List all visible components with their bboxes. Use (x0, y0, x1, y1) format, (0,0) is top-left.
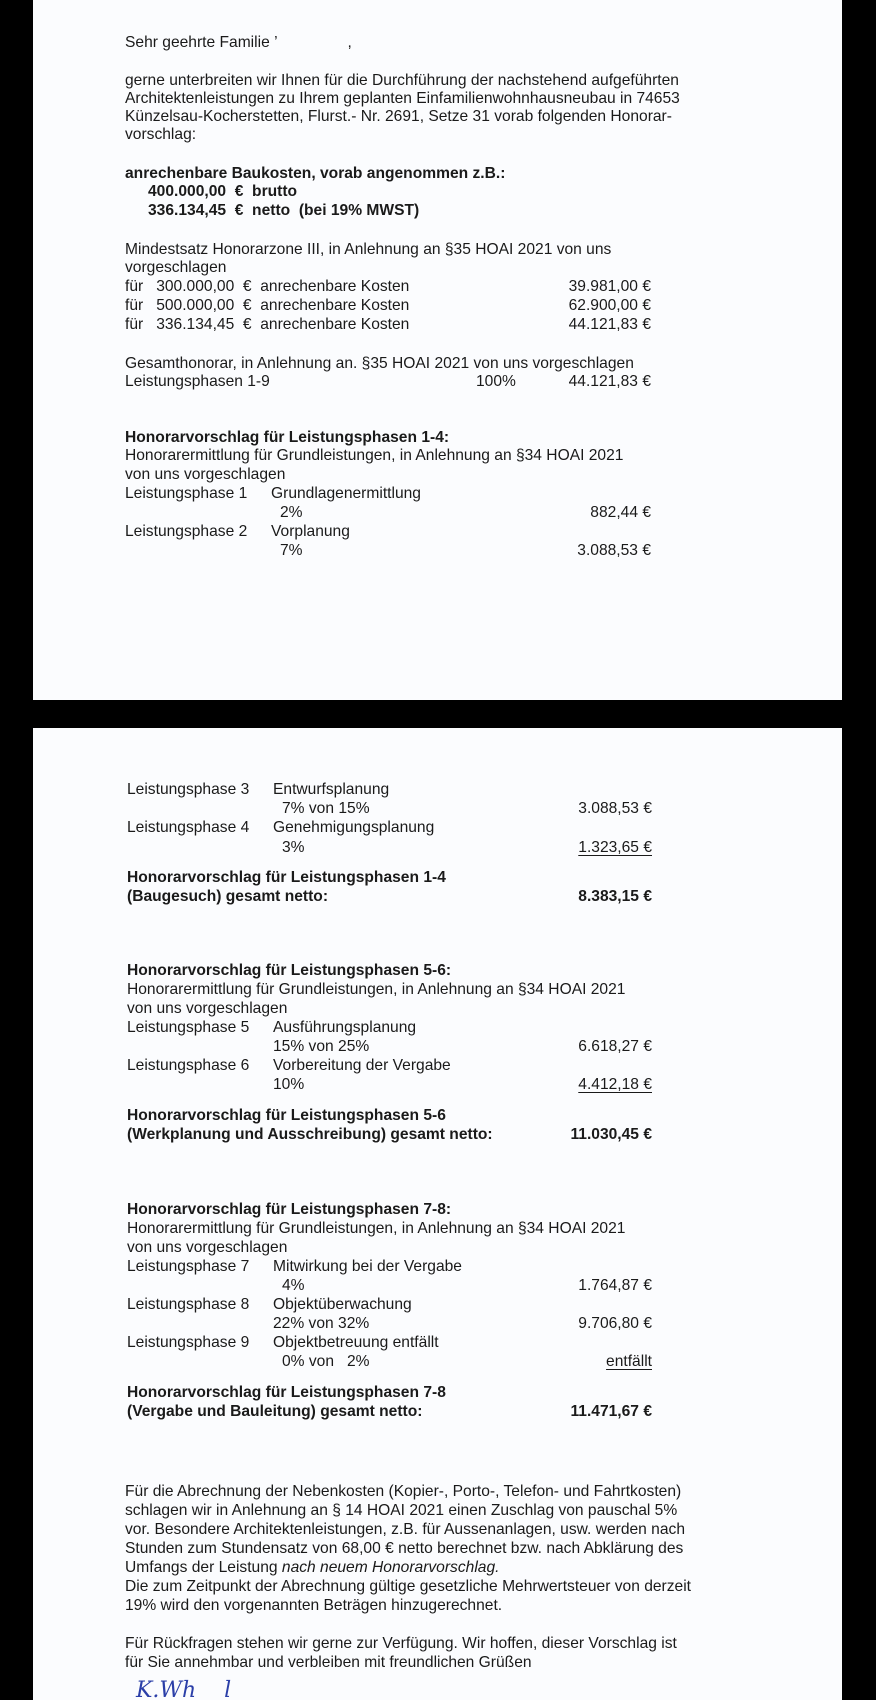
handwritten-signature: K.Wh l (136, 1678, 231, 1700)
phase-pct: 7% von 15% (282, 799, 370, 818)
phase-label: Leistungsphase 1 (125, 484, 247, 503)
phase-name: Objektbetreuung entfällt (273, 1333, 439, 1352)
phase-label: Leistungsphase 7 (127, 1257, 249, 1276)
mwst-line: 19% wird den vorgenannten Beträgen hinzu… (125, 1596, 502, 1615)
letter-page-2: Leistungsphase 3 Entwurfsplanung 7% von … (33, 728, 842, 1700)
phase-amount: 6.618,27 € (493, 1037, 652, 1056)
section2-heading: Honorarvorschlag für Leistungsphasen 5-6… (127, 961, 451, 980)
mwst-line: Die zum Zeitpunkt der Abrechnung gültige… (125, 1577, 691, 1596)
phase-pct: 7% (280, 541, 303, 560)
phase-name: Vorplanung (271, 522, 350, 541)
phase-pct: 22% von 32% (273, 1314, 369, 1333)
section1-sub: von uns vorgeschlagen (125, 465, 285, 484)
phase-pct: 4% (282, 1276, 305, 1295)
phase-amount: 1.323,65 € (493, 838, 652, 857)
phase-amount-underlined: entfällt (580, 1353, 652, 1370)
phase-label: Leistungsphase 3 (127, 780, 249, 799)
phase-label: Leistungsphase 4 (127, 818, 249, 837)
intro-line: gerne unterbreiten wir Ihnen für die Dur… (125, 71, 679, 90)
phase-label: Leistungsphase 8 (127, 1295, 249, 1314)
section2-total-label: (Werkplanung und Ausschreibung) gesamt n… (127, 1125, 493, 1144)
section2-total-label: Honorarvorschlag für Leistungsphasen 5-6 (127, 1106, 446, 1125)
phase-amount-underlined: 4.412,18 € (578, 1076, 652, 1093)
mindestsatz-line: Mindestsatz Honorarzone III, in Anlehnun… (125, 240, 611, 259)
phase-label: Leistungsphase 9 (127, 1333, 249, 1352)
phase-pct: 2% (280, 503, 303, 522)
section1-total: 8.383,15 € (493, 887, 652, 906)
mindestsatz-row-label: für 500.000,00 € anrechenbare Kosten (125, 296, 409, 315)
section3-total-label: (Vergabe und Bauleitung) gesamt netto: (127, 1402, 422, 1421)
salutation-comma: , (348, 34, 352, 51)
letter-page-1: Sehr geehrte Familie ’, gerne unterbreit… (33, 0, 842, 700)
phase-name: Grundlagenermittlung (271, 484, 421, 503)
phase-amount: 1.764,87 € (493, 1276, 652, 1295)
intro-line: Architektenleistungen zu Ihrem geplanten… (125, 89, 680, 108)
section1-heading-text: Honorarvorschlag für Leistungsphasen 1-4… (125, 429, 449, 446)
mindestsatz-row-amount: 62.900,00 € (493, 296, 651, 315)
nebenkosten-text-italic: nach neuem Honorarvorschlag. (282, 1559, 500, 1576)
section3-sub: Honorarermittlung für Grundleistungen, i… (127, 1219, 625, 1238)
mindestsatz-line: vorgeschlagen (125, 258, 226, 277)
phase-amount: 882,44 € (493, 503, 651, 522)
phase-pct: 0% von 2% (282, 1352, 370, 1371)
baukosten-brutto: 400.000,00 € brutto (148, 182, 297, 201)
section3-heading: Honorarvorschlag für Leistungsphasen 7-8… (127, 1200, 451, 1219)
closing-line: Für Rückfragen stehen wir gerne zur Verf… (125, 1634, 677, 1653)
nebenkosten-line: Für die Abrechnung der Nebenkosten (Kopi… (125, 1482, 681, 1501)
section2-total: 11.030,45 € (493, 1125, 652, 1144)
section3-sub: von uns vorgeschlagen (127, 1238, 287, 1257)
phase-amount: entfällt (493, 1352, 652, 1371)
phase-name: Ausführungsplanung (273, 1018, 416, 1037)
mindestsatz-row-label: für 336.134,45 € anrechenbare Kosten (125, 315, 409, 334)
phase-name: Mitwirkung bei der Vergabe (273, 1257, 462, 1276)
gesamt-label: Leistungsphasen 1-9 (125, 372, 270, 391)
phase-label: Leistungsphase 6 (127, 1056, 249, 1075)
nebenkosten-text: Umfangs der Leistung (125, 1559, 282, 1576)
phase-pct: 15% von 25% (273, 1037, 369, 1056)
baukosten-netto: 336.134,45 € netto (bei 19% MWST) (148, 201, 419, 220)
phase-pct: 3% (282, 838, 305, 857)
phase-amount: 9.706,80 € (493, 1314, 652, 1333)
section1-total-label: (Baugesuch) gesamt netto: (127, 887, 328, 906)
section2-sub: Honorarermittlung für Grundleistungen, i… (127, 980, 625, 999)
nebenkosten-line: vor. Besondere Architektenleistungen, z.… (125, 1520, 685, 1539)
section1-heading: Honorarvorschlag für Leistungsphasen 1-4… (125, 428, 449, 447)
closing-line: für Sie annehmbar und verbleiben mit fre… (125, 1653, 532, 1672)
salutation-text: Sehr geehrte Familie ’ (125, 34, 278, 51)
intro-line: Künzelsau-Kocherstetten, Flurst.- Nr. 26… (125, 107, 672, 126)
salutation: Sehr geehrte Familie ’, (125, 33, 352, 52)
intro-line: vorschlag: (125, 125, 196, 144)
phase-name: Vorbereitung der Vergabe (273, 1056, 451, 1075)
section1-total-label: Honorarvorschlag für Leistungsphasen 1-4 (127, 868, 446, 887)
phase-label: Leistungsphase 2 (125, 522, 247, 541)
section3-total: 11.471,67 € (493, 1402, 652, 1421)
section2-sub: von uns vorgeschlagen (127, 999, 287, 1018)
mindestsatz-row-amount: 39.981,00 € (493, 277, 651, 296)
phase-amount-underlined: 1.323,65 € (578, 839, 652, 856)
mindestsatz-row-label: für 300.000,00 € anrechenbare Kosten (125, 277, 409, 296)
section3-total-label: Honorarvorschlag für Leistungsphasen 7-8 (127, 1383, 446, 1402)
phase-pct: 10% (273, 1075, 304, 1094)
mindestsatz-row-amount: 44.121,83 € (493, 315, 651, 334)
phase-label: Leistungsphase 5 (127, 1018, 249, 1037)
phase-amount: 3.088,53 € (493, 541, 651, 560)
phase-amount: 3.088,53 € (493, 799, 652, 818)
gesamt-amount: 44.121,83 € (493, 372, 651, 391)
phase-amount: 4.412,18 € (493, 1075, 652, 1094)
redacted-name (278, 35, 348, 51)
nebenkosten-line: Umfangs der Leistung nach neuem Honorarv… (125, 1558, 499, 1577)
gesamt-line: Gesamthonorar, in Anlehnung an. §35 HOAI… (125, 354, 634, 373)
nebenkosten-line: schlagen wir in Anlehnung an § 14 HOAI 2… (125, 1501, 677, 1520)
phase-name: Objektüberwachung (273, 1295, 412, 1314)
baukosten-heading: anrechenbare Baukosten, vorab angenommen… (125, 164, 505, 183)
section1-sub: Honorarermittlung für Grundleistungen, i… (125, 446, 623, 465)
phase-name: Entwurfsplanung (273, 780, 389, 799)
phase-name: Genehmigungsplanung (273, 818, 434, 837)
nebenkosten-line: Stunden zum Stundensatz von 68,00 € nett… (125, 1539, 683, 1558)
